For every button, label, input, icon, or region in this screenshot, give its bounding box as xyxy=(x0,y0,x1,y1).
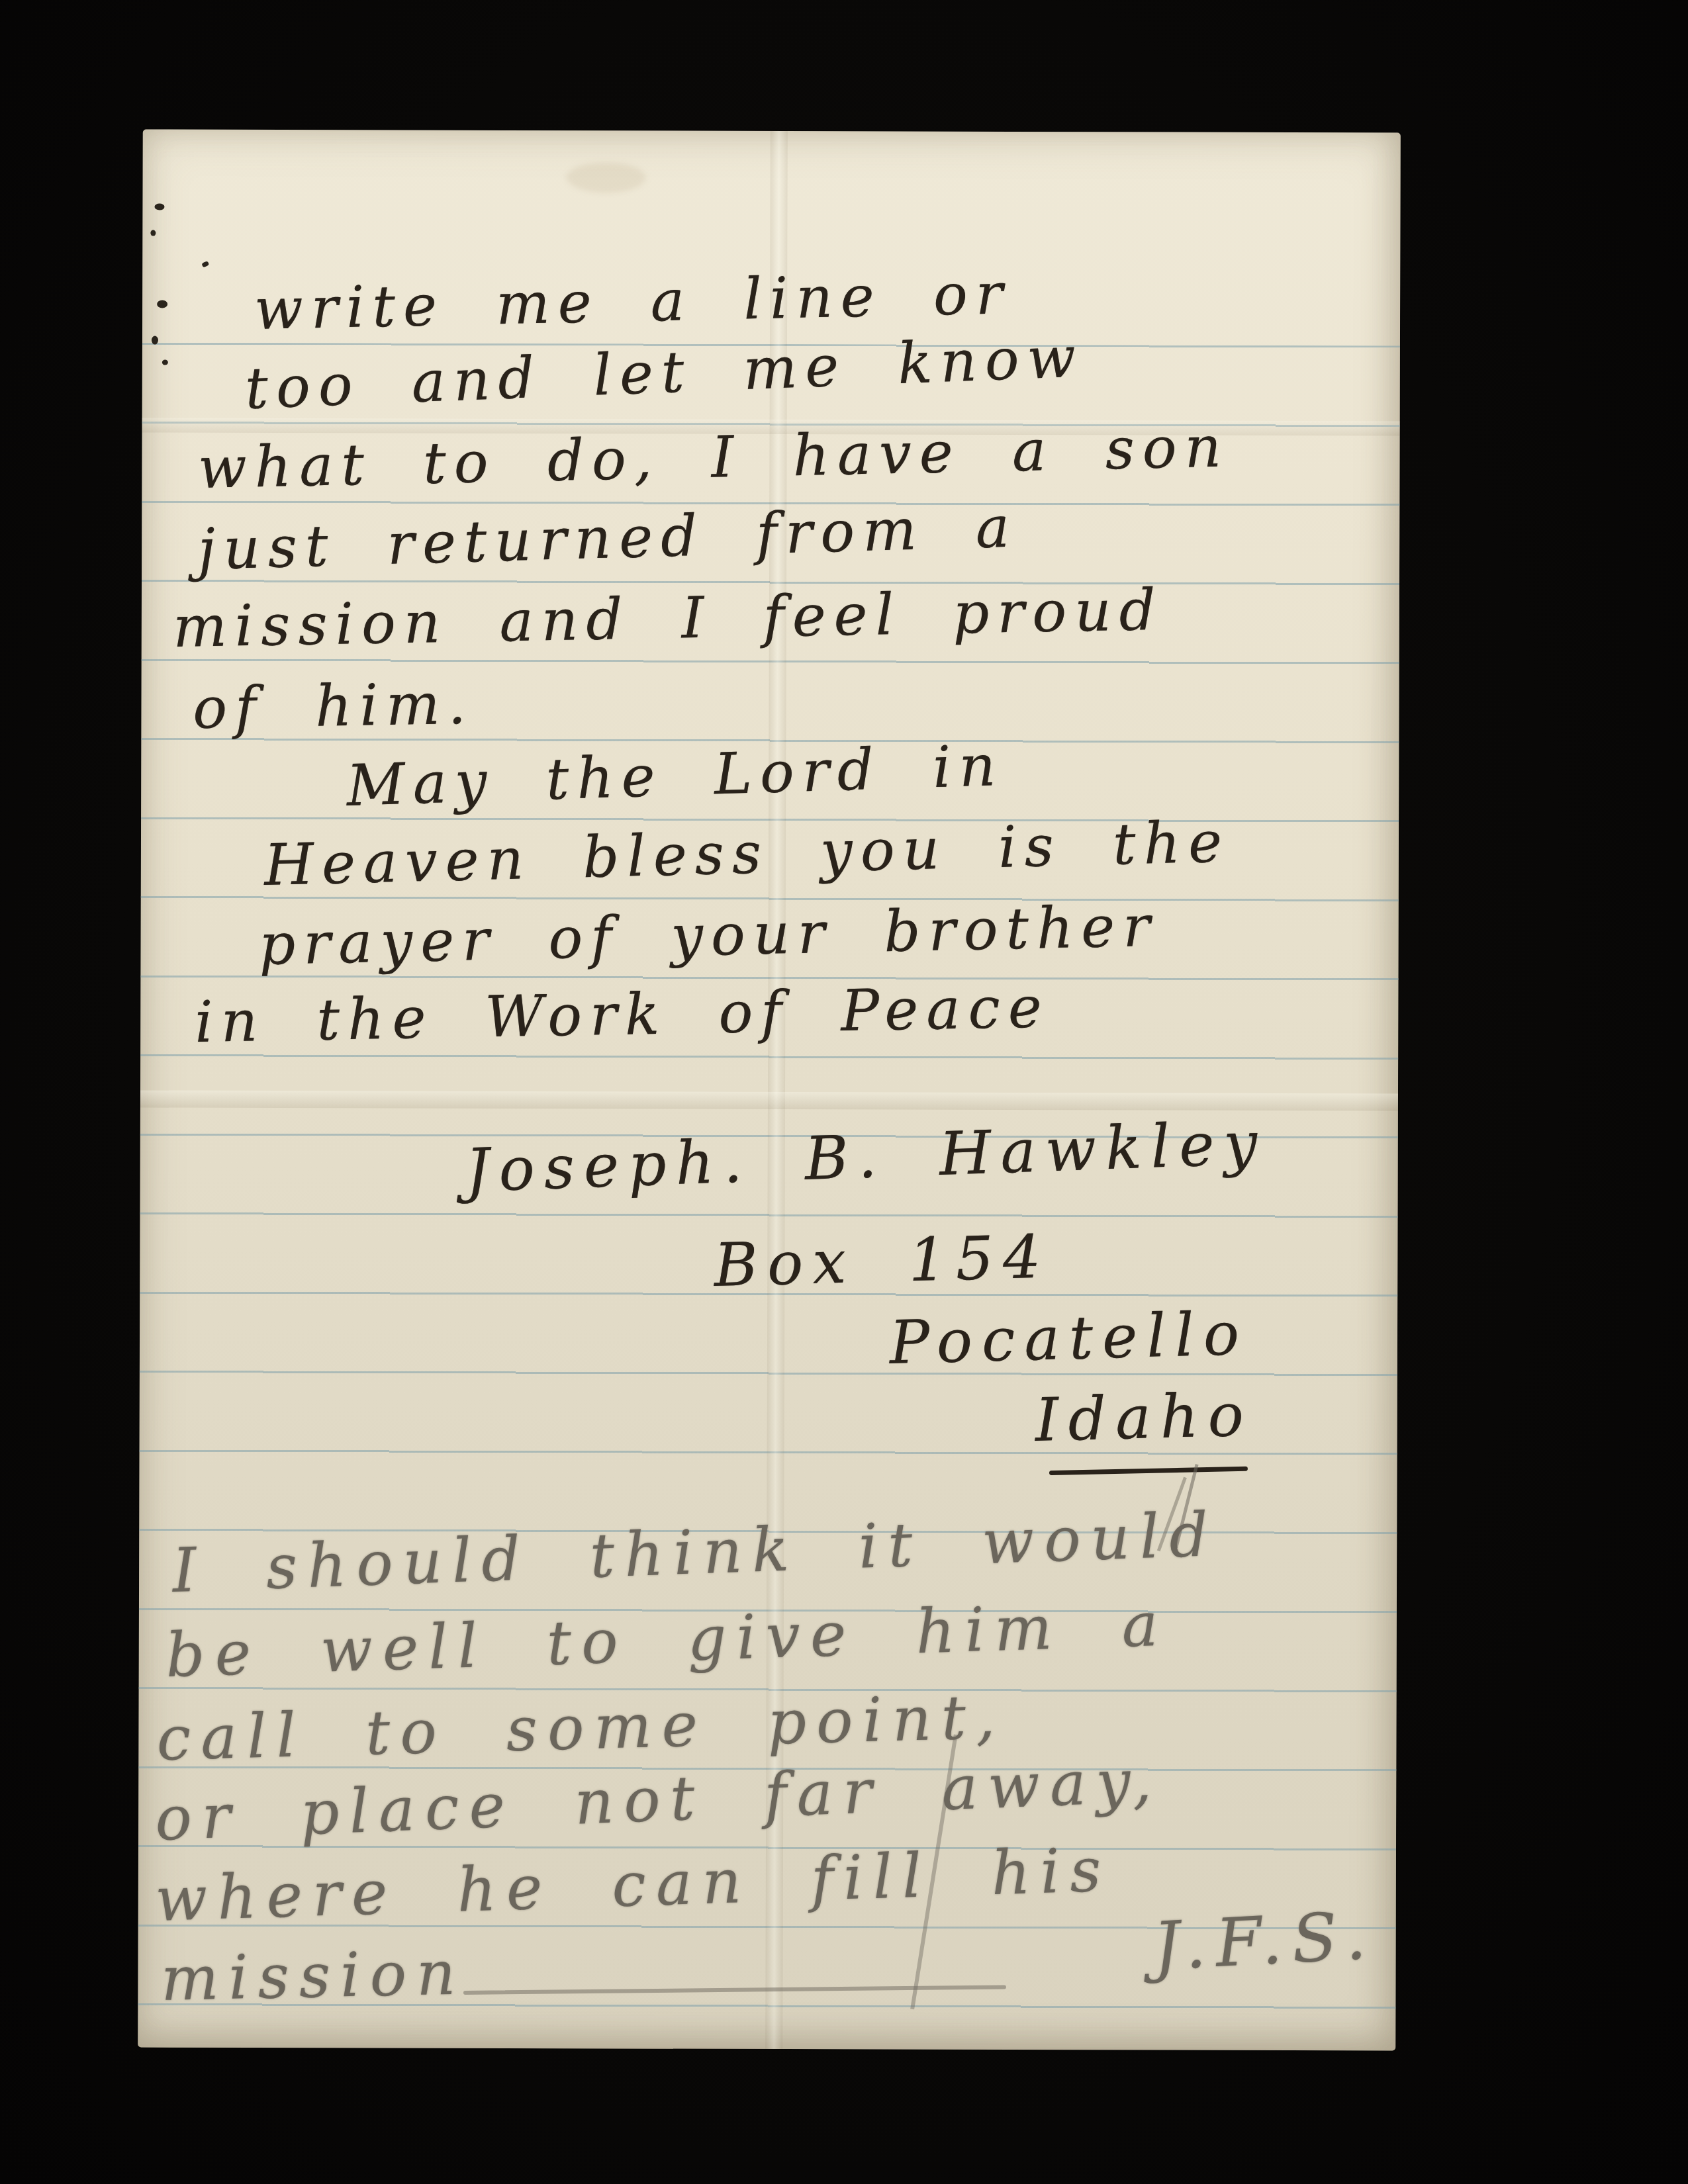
scan-background: write me a line or too and let me know w… xyxy=(0,0,1688,2184)
letter-line: mission and I feel proud xyxy=(172,582,1164,656)
letter-line: in the Work of Peace xyxy=(194,979,1050,1051)
pencil-line: mission xyxy=(160,1942,466,2010)
pencil-initials: J.F.S. xyxy=(1152,1903,1378,1980)
ink-speck xyxy=(150,230,156,236)
signature-city: Pocatello xyxy=(889,1304,1250,1373)
ink-speck xyxy=(157,300,167,308)
signature-po-box: Box 154 xyxy=(714,1228,1051,1296)
paper-stain xyxy=(567,162,646,193)
letter-line: of him. xyxy=(192,676,474,737)
ink-speck xyxy=(152,336,158,345)
ink-speck xyxy=(154,204,164,210)
signature-state: Idaho xyxy=(1035,1385,1254,1451)
ink-speck xyxy=(162,360,168,365)
letter-line: write me a line or xyxy=(254,265,1011,338)
stray-ink-mark xyxy=(201,261,209,268)
horizontal-fold-crease-middle xyxy=(140,1091,1398,1111)
